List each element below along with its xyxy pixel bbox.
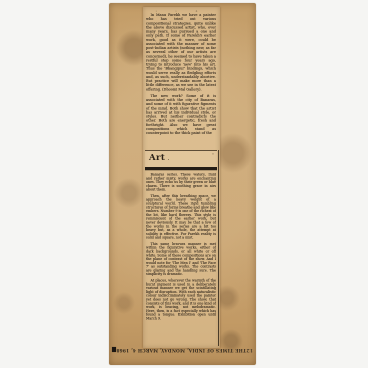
article-paragraph: The new work? Some of it is associated w… xyxy=(146,94,216,135)
article-paragraph: This same bravura manner is met within t… xyxy=(146,242,216,276)
article-lower-column: Banaras series. These waters, fluid and … xyxy=(146,173,216,341)
newspaper-clipping: ı ı 4 In Manu Parekh we have a painter w… xyxy=(143,7,220,348)
article-paragraph: In Manu Parekh we have a painter who has… xyxy=(146,13,216,91)
column-rule xyxy=(218,150,219,346)
article-paragraph: At places, wherever the warmth of the bu… xyxy=(146,279,216,321)
masthead-page-number: 12 xyxy=(246,347,253,352)
art-section-heading-box: Art . * xyxy=(145,150,217,170)
article-paragraph: Then, after this breathing space, we app… xyxy=(146,194,216,239)
masthead-text: THE TIMES OF INDIA, MONDAY, MARCH 4, 196… xyxy=(116,347,246,352)
art-section-title: Art . xyxy=(149,153,170,163)
masthead-title: THE TIMES OF INDIA, xyxy=(187,347,246,352)
art-title-suffix: . xyxy=(165,155,170,162)
masthead-end-block-icon xyxy=(112,347,116,352)
masthead-strip: 12 THE TIMES OF INDIA, MONDAY, MARCH 4, … xyxy=(112,345,253,354)
article-upper-column: In Manu Parekh we have a painter who has… xyxy=(146,13,216,149)
heading-thick-rule xyxy=(145,167,217,170)
heading-corner-mark: * xyxy=(212,152,214,157)
masthead-date: MONDAY, MARCH 4, 1968 xyxy=(116,347,185,352)
article-paragraph: Banaras series. These waters, fluid and … xyxy=(146,173,216,192)
